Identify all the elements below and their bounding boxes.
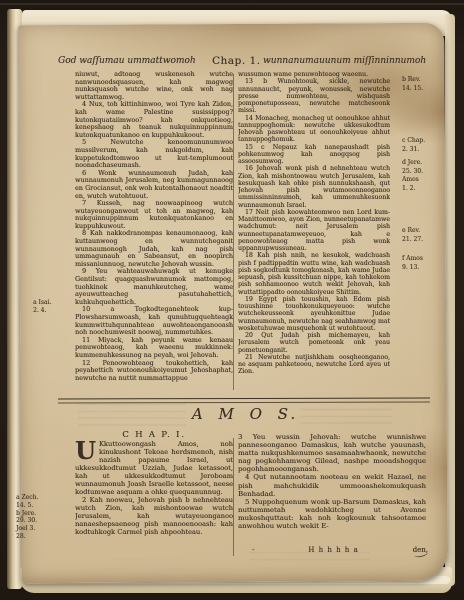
verse-paragraph: 6 Wonk wunnaumonuh Judah, kah wunnaumonu… [75,170,233,200]
verse-paragraph: 5 Newutche kenoomununumwoo mussilverum, … [75,139,233,169]
signature-mark: H h h h h a [308,546,358,554]
verse-paragraph: 10 a Togkodteganehteok kup-Plowsharsumwo… [75,306,233,336]
margin-note: f Amos 9. 13. [402,255,423,272]
chapter-left-column: C H A P. I. UKkuttoowongash Amos, noh ki… [75,431,233,549]
verse-paragraph: niuwut, adtoaog wuskenesoh wutche nanwun… [75,71,233,101]
margin-note-line: b Jere. [16,510,38,518]
margin-note-line: 14. 5. [16,502,38,510]
verse-paragraph: 18 Kah pish nnih, ne kesukok, wadchuash … [238,252,390,296]
margin-note-line: 21. 27. [402,236,423,245]
verse-paragraph: 21 Newutche nutjishkham oosqheonganoo, n… [238,354,390,376]
verse-paragraph: 19 Egypt pish touushin, kah Edom pish to… [238,296,390,332]
verse-paragraph: 9 Yeu wahteauwahuwagk ut kenugke Gentils… [75,268,233,306]
chapter-right-column: 3 Yeu wussin Jehovah: wutche wunnishwe p… [238,433,426,547]
margin-note: a Zech. 14. 5. b Jere. 29. 30. Joel 3. 2… [16,494,38,541]
margin-note-line: d Jere. [402,159,423,168]
book-photo: God waſſumau ummattwomoh Chap. 1. wunnan… [0,0,464,600]
margin-note-line: 29. 30. [16,517,38,525]
margin-note-line: a Zech. [16,494,38,502]
margin-note-line: c Chap. [402,137,425,146]
verse-paragraph: 14 Monacheg, monacheg ut oonouhkoe ahhut… [238,115,390,144]
margin-note: e Rev. 21. 27. [402,227,423,244]
margin-note-line: 25. 30. [402,168,423,177]
verse-paragraph: UKkuttoowongash Amos, noh kinukushont Te… [75,440,233,496]
margin-note-line: Amos [402,176,423,185]
chapter-heading: C H A P. I. [75,431,233,439]
running-head-right: wunnanumauunum miſſinninnumoh [263,56,426,66]
verse-paragraph: 13 b Wunohtoouk, sickle, newutche unnunn… [238,78,390,114]
margin-note-line: e Rev. [402,227,423,236]
verse-text: Kkuttoowongash Amos, noh kinukushont Tek… [75,440,233,496]
page-content: God waſſumau ummattwomoh Chap. 1. wunnan… [0,0,464,600]
book-title: A M O S. [58,405,432,423]
verse-paragraph: 4 Nux, toh kittinhinwoo, woi Tyre kah Zi… [75,101,233,139]
verse-paragraph: 20 Qut Judah pish michemayeu, kah Jerusa… [238,332,390,354]
column-rule-top [233,74,234,390]
margin-note-line: 28. [16,533,38,541]
verse-paragraph: 4 Qut nutannootam nooteau en wekit Hazae… [238,473,426,497]
column-rule-bottom [233,438,234,556]
ink-squiggle [414,549,429,558]
drop-cap-initial: U [75,440,99,461]
right-text-column: wussumon wame penuwohteaog waeenu. 13 b … [238,71,390,393]
margin-note-line: b Rev. [402,76,423,85]
verse-paragraph: wussumon wame penuwohteaog waeenu. [238,71,390,78]
margin-note-line: a Isai. [33,299,51,307]
verse-paragraph: 12 Penoowohteaog toukehettich, kah peyah… [75,360,233,383]
section-rule [58,398,430,404]
margin-note-line: Joel 3. [16,525,38,533]
verse-paragraph: 8 Kah nakkodranompas kenaumonaoog, kah k… [75,230,233,268]
verse-paragraph: 11 Miyack, kah peyunk wame kenaau penuwo… [75,337,233,360]
running-head-left: God waſſumau ummattwomoh [58,56,196,66]
margin-note: b Rev. 14. 15. [402,76,423,93]
margin-note-line: f Amos [402,255,423,264]
verse-paragraph: 5 Nuppohquenum wonk up-Barsum Damaskus, … [238,498,426,530]
margin-note: a Isai. 2. 4. [33,299,51,315]
margin-note-line: 1. 2. [402,185,423,194]
verse-paragraph: 16 Jehovah wonk pish d nehnehteau wutch … [238,165,390,209]
verse-paragraph: 17 Neit pish koowahteomwoo nen Lord kum-… [238,209,390,253]
margin-note: c Chap. 2. 31. [402,137,425,154]
signature-dash: - [252,546,254,554]
left-text-column: niuwut, adtoaog wuskenesoh wutche nanwun… [75,71,233,393]
margin-note-line: 14. 15. [402,85,423,94]
running-head-chapter: Chap. 1. [212,55,260,67]
verse-paragraph: 3 Yeu wussin Jehovah: wutche wunnishwe p… [238,433,426,473]
margin-note-line: 9. 13. [402,264,423,273]
signature-line: - H h h h h a den, [238,546,430,554]
verse-paragraph: 15 c Nepauz kah nanepaushadt pish pohken… [238,144,390,166]
margin-note: d Jere. 25. 30. Amos 1. 2. [402,159,423,193]
margin-note-line: 2. 31. [402,146,425,155]
verse-paragraph: 7 Kusseh, nag noowaapinoog wutch wutayeu… [75,200,233,230]
margin-note-line: 2. 4. [33,307,51,315]
verse-paragraph: 2 Kah noowau, Jehovah pish b nehnehteau … [75,496,233,536]
